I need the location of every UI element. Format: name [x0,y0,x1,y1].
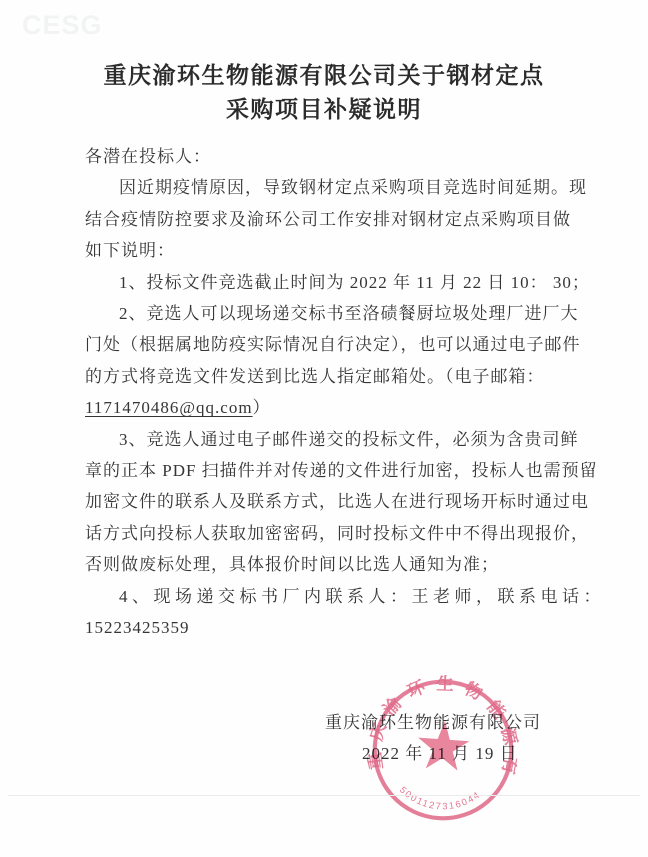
seal-star-icon [416,719,471,771]
item-4-line: 4、现场递交标书厂内联系人：王老师，联系电话： [85,581,577,612]
item-2-line: 2、竞选人可以现场递交标书至洛碛餐厨垃圾处理厂进厂大 [85,298,577,329]
item-3-line: 3、竞选人通过电子邮件递交的投标文件，必须为含贵司鲜 [85,424,577,455]
body-line: 因近期疫情原因，导致钢材定点采购项目竞选时间延期。现 [85,172,577,203]
salutation-line: 各潜在投标人： [85,141,577,172]
seal-graphic: 重庆渝环生物能源有限公司 5001127316044 [363,670,523,830]
body-line: 章的正本 PDF 扫描件并对传递的文件进行加密，投标人也需预留 [85,455,577,486]
scan-artifact-line [8,795,640,796]
body-line: 门处（根据属地防疫实际情况自行决定），也可以通过电子邮件 [85,329,577,360]
email-line: 1171470486@qq.com） [85,392,577,423]
body-line: 的方式将竞选文件发送到比选人指定邮箱处。（电子邮箱： [85,361,577,392]
watermark-text: CESG [22,10,103,41]
item-1-line: 1、投标文件竞选截止时间为 2022 年 11 月 22 日 10： 30； [85,267,577,298]
scanned-document-page: CESG 重庆渝环生物能源有限公司关于钢材定点 采购项目补疑说明 各潜在投标人：… [0,0,648,857]
email-close-paren: ） [253,398,271,417]
body-line: 否则做废标处理，具体报价时间以比选人通知为准； [85,549,577,580]
document-body: 各潜在投标人： 因近期疫情原因，导致钢材定点采购项目竞选时间延期。现 结合疫情防… [85,141,577,644]
body-line: 如下说明： [85,235,577,266]
company-seal-stamp: 重庆渝环生物能源有限公司 5001127316044 [363,670,523,830]
phone-number-line: 15223425359 [85,612,577,643]
body-line: 话方式向投标人获取加密密码，同时投标文件中不得出现报价， [85,518,577,549]
body-line: 结合疫情防控要求及渝环公司工作安排对钢材定点采购项目做 [85,204,577,235]
document-title-line1: 重庆渝环生物能源有限公司关于钢材定点 [0,57,648,90]
email-address: 1171470486@qq.com [85,398,253,417]
body-line: 加密文件的联系人及联系方式，比选人在进行现场开标时通过电 [85,486,577,517]
document-title-line2: 采购项目补疑说明 [0,91,648,124]
